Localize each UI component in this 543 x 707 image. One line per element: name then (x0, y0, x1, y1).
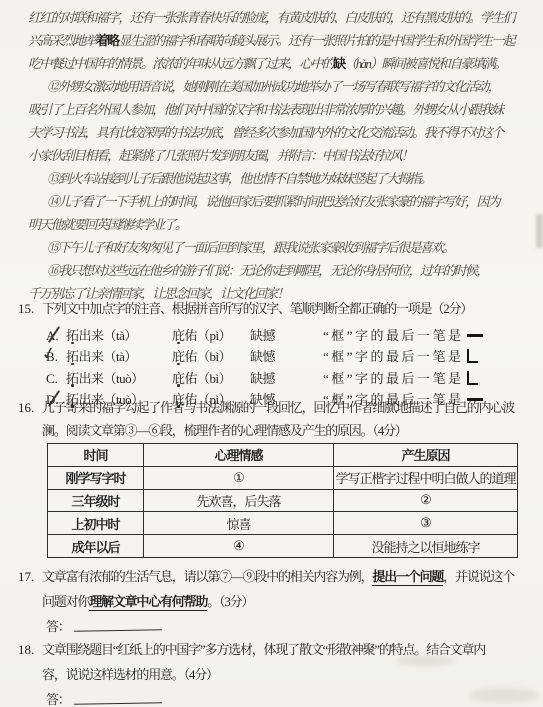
question-16: 16.儿子寄来的福字勾起了作者与书法渊源的一段回忆，回忆中作者细腻地描述了自己的… (0, 396, 543, 442)
question-18-stem: 18.文章围绕题目“红纸上的中国字”多方选材，体现了散文“形散神聚”的特点。结合… (0, 637, 543, 662)
answer-blank-line (74, 690, 162, 705)
cell-time: 刚学写字时 (48, 466, 144, 489)
article-line: ⑮下午儿子和好友匆匆见了一面后回到家里，跟我说张家豪收到福字后很是喜欢。 (0, 236, 543, 259)
article-line: ⑫外甥女激动地用语音说，她刚刚在美国加州成功地举办了一场写春联写福字的文化活动， (0, 75, 543, 98)
cell-time: 成年以后 (48, 535, 144, 558)
question-17-answer-row: 答： (0, 614, 543, 639)
article-line: 明天他就要回英国继续学业了。 (0, 213, 543, 236)
article-line: 兴高采烈地举着略显生涩的福字和春联向镜头展示。还有一张照片拍的是中国学生和外国学… (0, 29, 543, 52)
col-header-emotion: 心理情感 (144, 444, 334, 467)
article-line: ⑭儿子看了一下手机上的时间，说他回家后要抓紧时间把送给好友张家豪的福字写好，因为 (0, 190, 543, 213)
option-a: A. 拓出来（tà） 庇佑（pì） 缺撼 “框”字的最后一笔是 (0, 325, 543, 346)
emotion-table: 时间 心理情感 产生原因 刚学写字时 ① 学写正楷字过程中明白做人的道理 三年级… (47, 443, 518, 558)
question-number: 18. (18, 637, 42, 662)
question-15: 15.下列文中加点字的注音、根据拼音所写的汉字、笔顺判断全都正确的一项是（2分）… (0, 297, 543, 410)
question-number: 17. (18, 564, 42, 589)
cell-emotion: 先欢喜，后失落 (144, 489, 334, 512)
question-18-stem-cont: 容，说说这样选材的用意。（4分） (0, 662, 543, 687)
table-row: 三年级时 先欢喜，后失落 ② (48, 489, 518, 512)
table-row: 上初中时 惊喜 ③ (48, 512, 518, 535)
emphasized-text: 缺 (333, 56, 344, 71)
stroke-glyph-heng (467, 334, 483, 337)
question-15-stem: 15.下列文中加点字的注音、根据拼音所写的汉字、笔顺判断全都正确的一项是（2分） (0, 297, 543, 320)
dotted-char: 庇 (172, 349, 185, 364)
option-b-handwritten-mark (46, 346, 64, 366)
cell-emotion: ① (144, 466, 334, 489)
question-16-stem-cont: 澜。阅读文章第③—⑥段，梳理作者的心理情感及产生的原因。（4分） (0, 419, 543, 442)
question-18-answer-row: 答： (0, 687, 543, 707)
stroke-glyph-shuzhe (467, 349, 478, 363)
article-line: 吸引了上百名外国人参加，他们对中国的汉字和书法表现出非常浓厚的兴趣。外甥女从小跟… (0, 98, 543, 121)
question-16-stem: 16.儿子寄来的福字勾起了作者与书法渊源的一段回忆，回忆中作者细腻地描述了自己的… (0, 396, 543, 419)
dotted-char: 拓 (66, 328, 79, 343)
dotted-char: 拓 (66, 371, 79, 386)
answer-label: 答： (46, 619, 70, 634)
cell-emotion: 惊喜 (144, 512, 334, 535)
dotted-char: 庇 (172, 371, 185, 386)
cell-emotion: ④ (144, 535, 334, 558)
answer-label: 答： (46, 692, 70, 707)
underlined-phrase: 理解文章中心有何帮助 (89, 594, 207, 611)
col-header-time: 时间 (48, 444, 144, 467)
question-17-stem-cont: 问题对你理解文章中心有何帮助。（3分） (0, 589, 543, 614)
question-number: 16. (18, 396, 42, 419)
cell-time: 上初中时 (48, 512, 144, 535)
cell-reason: 没能持之以恒地练字 (334, 535, 518, 558)
cell-reason: 学写正楷字过程中明白做人的道理 (334, 466, 518, 489)
article-line: ⑬到火车站接到儿子后跟他说起这事，他也情不自禁地为妹妹竖起了大拇指。 (0, 167, 543, 190)
scanned-exam-page: 红红的对联和福字，还有一张张青春快乐的脸庞，有黄皮肤的、白皮肤的，还有黑皮肤的。… (0, 0, 543, 707)
article-line: 小家伙刮目相看，赶紧挑了几张照片发到朋友圈，并附言：中国书法好拉风！ (0, 144, 543, 167)
option-c: C. 拓出来（tuò） 庇佑（bì） 缺撼 “框”字的最后一笔是 (0, 368, 543, 389)
article-line: 红红的对联和福字，还有一张张青春快乐的脸庞，有黄皮肤的、白皮肤的，还有黑皮肤的。… (0, 6, 543, 29)
option-b: B. 拓出来（tà） 庇佑（bì） 缺憾 “框”字的最后一笔是 (0, 346, 543, 367)
option-letter: C. (46, 371, 58, 386)
article-scan: 红红的对联和福字，还有一张张青春快乐的脸庞，有黄皮肤的、白皮肤的，还有黑皮肤的。… (0, 6, 543, 305)
stroke-glyph-shuzhe (467, 371, 478, 385)
cell-reason: ③ (334, 512, 518, 535)
question-17: 17.文章富有浓郁的生活气息，请以第⑦—⑨段中的相关内容为例，提出一个问题，并说… (0, 564, 543, 639)
article-line: ⑯我只想对这些远在他乡的游子们说：无论你走到哪里，无论你身居何位，过年的时候， (0, 259, 543, 282)
table-row: 成年以后 ④ 没能持之以恒地练字 (48, 535, 518, 558)
cell-time: 三年级时 (48, 489, 144, 512)
question-number: 15. (18, 297, 42, 320)
answer-blank-line (74, 617, 162, 632)
dotted-char: 拓 (66, 349, 79, 364)
dotted-char: 庇 (172, 328, 185, 343)
underlined-phrase: 提出一个问题 (372, 569, 443, 586)
col-header-reason: 产生原因 (334, 444, 518, 467)
article-line: 吃中餐过中国年的情景。浓浓的年味从远方飘了过来，心中的缺（hàn）瞬间被喜悦和自… (0, 52, 543, 75)
table-header-row: 时间 心理情感 产生原因 (48, 444, 518, 467)
cell-reason: ② (334, 489, 518, 512)
emphasized-text: 着略 (96, 33, 119, 48)
table-row: 刚学写字时 ① 学写正楷字过程中明白做人的道理 (48, 466, 518, 489)
question-18: 18.文章围绕题目“红纸上的中国字”多方选材，体现了散文“形散神聚”的特点。结合… (0, 637, 543, 707)
question-17-stem: 17.文章富有浓郁的生活气息，请以第⑦—⑨段中的相关内容为例，提出一个问题，并说… (0, 564, 543, 589)
option-a-handwritten-mark (46, 325, 64, 345)
article-line: 夫学习书法，具有比较深厚的书法功底，曾经多次参加国内外的文化交流活动。我不得不对… (0, 121, 543, 144)
